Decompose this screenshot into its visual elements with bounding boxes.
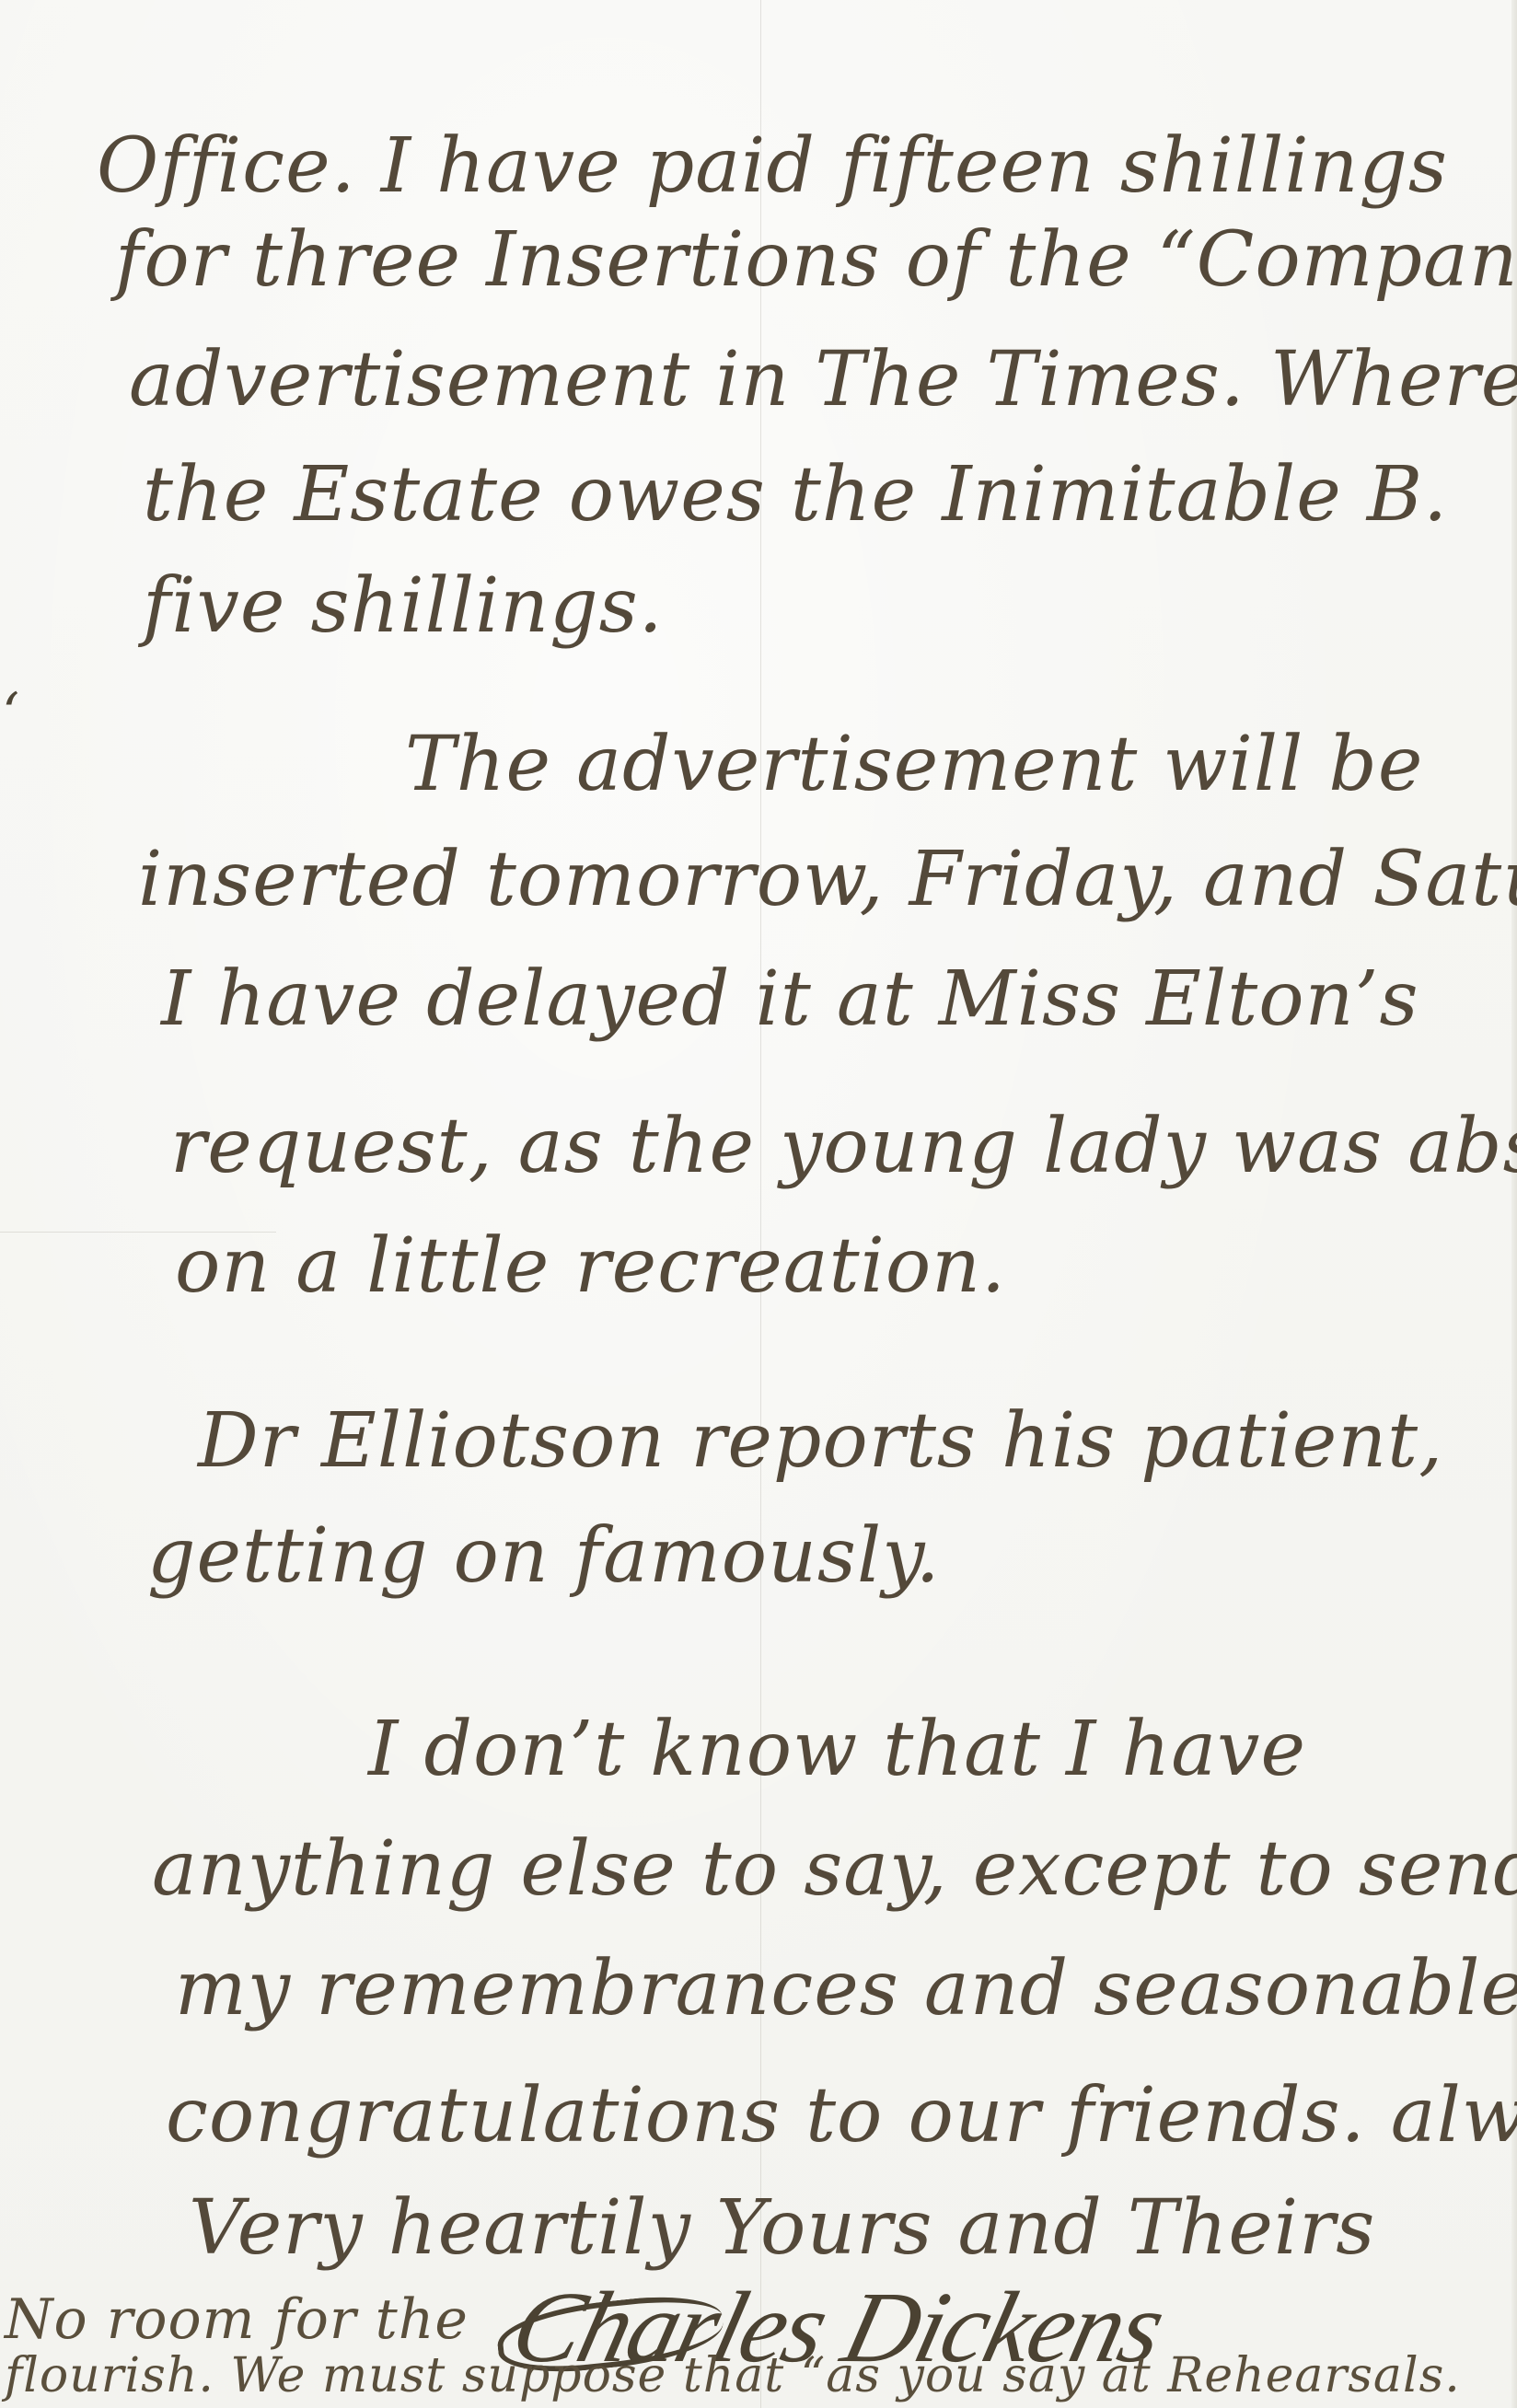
- letter-line: my remembrances and seasonable: [175, 1951, 1517, 2027]
- letter-line: Dr Elliotson reports his patient,: [198, 1404, 1443, 1479]
- letter-line: getting on famously.: [147, 1519, 941, 1594]
- letter-line: anything else to say, except to send: [152, 1832, 1517, 1907]
- postscript-line: flourish. We must suppose that “as you s…: [5, 2352, 1461, 2400]
- letter-line: request, as the young lady was absent: [170, 1109, 1517, 1185]
- letter-line: Office. I have paid fifteen shillings: [97, 129, 1448, 204]
- letter-line: advertisement in The Times. Whereby: [129, 342, 1517, 418]
- letter-page: ‘ Office. I have paid fifteen shillings …: [0, 0, 1517, 2408]
- letter-line: congratulations to our friends. always: [166, 2078, 1517, 2154]
- letter-line: on a little recreation.: [175, 1229, 1006, 1304]
- letter-line: five shillings.: [143, 569, 664, 644]
- letter-line: for three Insertions of the “Companion”: [115, 223, 1517, 298]
- letter-line: inserted tomorrow, Friday, and Saturday.: [138, 842, 1517, 918]
- letter-line: the Estate owes the Inimitable B.: [143, 457, 1448, 533]
- letter-line: The advertisement will be: [405, 727, 1423, 803]
- postscript-line: No room for the: [5, 2292, 469, 2347]
- letter-line: I have delayed it at Miss Elton’s: [161, 962, 1419, 1037]
- letter-line: Very heartily Yours and Theirs: [189, 2191, 1375, 2266]
- margin-ink-mark: ‘: [2, 681, 19, 746]
- letter-line: I don’t know that I have: [368, 1712, 1306, 1788]
